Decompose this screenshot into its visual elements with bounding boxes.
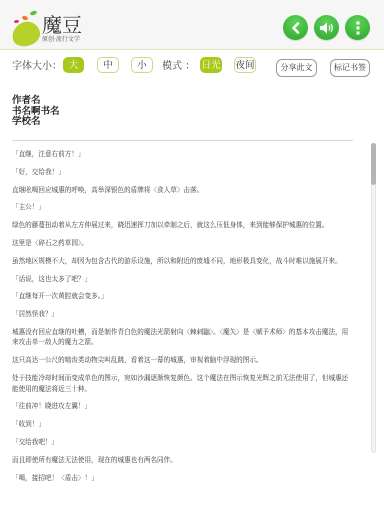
night-mode-button[interactable]: 夜间 (234, 57, 256, 73)
logo-title: 魔豆 (42, 15, 82, 35)
scrollbar-track[interactable] (371, 143, 376, 453)
paragraph: 这里是〈碎石之药草园〉。 (12, 238, 352, 249)
back-button[interactable] (283, 15, 308, 40)
logo-subtitle: 原创·流行文学 (42, 36, 80, 43)
chapter-text: 「直继，注意右前方！」 「好，交给我！」 直继吆喝回应城惠的呼唤，高举深银色的盾… (12, 149, 352, 490)
paragraph: 「交给我吧！」 (12, 437, 352, 448)
bookmark-button[interactable]: 标记书签 (330, 59, 370, 77)
more-vertical-icon (355, 21, 361, 35)
paragraph: 「喝，接招吧！〈盾击〉！」 (12, 473, 352, 484)
paragraph: 处于技能冷却时间而变成单色的图示，宛如沙漏逐渐恢复颜色。这个魔法在图示恢复光辉之… (12, 373, 352, 394)
modou-logo[interactable]: 魔豆 原创·流行文学 (10, 5, 90, 45)
more-button[interactable] (345, 15, 370, 40)
paragraph: 「收到！」 (12, 419, 352, 430)
author-name: 作者名 (12, 96, 60, 107)
book-meta: 作者名 书名啊书名 学校名 (12, 96, 60, 128)
school-name: 学校名 (12, 117, 60, 128)
paragraph: 绿色的藤蔓扭动着从左方伸展过来，晓迅速挥刀加以牵制之后，就这么压低身体，来到能够… (12, 220, 352, 231)
paragraph: 而且即使所有魔法无法使用，现在的城惠也有两名同伴。 (12, 455, 352, 466)
paragraph: 「直继，注意右前方！」 (12, 149, 352, 160)
scrollbar-thumb[interactable] (371, 143, 376, 185)
chevron-left-icon (290, 22, 302, 34)
sprout-leaf-icon (21, 15, 28, 21)
paragraph: 「好，交给我！」 (12, 167, 352, 178)
paragraph: 「主公！」 (12, 202, 352, 213)
paragraph: 「往前冲！晓进攻左翼！」 (12, 401, 352, 412)
reading-toolbar: 字体大小： 大 中 小 模式 ： 日光 夜间 分享此文 标记书签 (0, 55, 384, 81)
font-size-medium-button[interactable]: 中 (97, 57, 119, 73)
speaker-icon (319, 21, 335, 35)
share-article-button[interactable]: 分享此文 (276, 59, 317, 77)
paragraph: 「直继每开一次黄腔就会变多。」 (12, 291, 352, 302)
paragraph: 「居然怪我？」 (12, 309, 352, 320)
font-size-large-button[interactable]: 大 (63, 57, 84, 73)
bean-icon (9, 19, 42, 49)
font-size-small-button[interactable]: 小 (131, 57, 153, 73)
day-mode-button[interactable]: 日光 (200, 57, 222, 73)
paragraph: 这只高达一公尺的啮齿类动物尖叫乱跳，看着这一幕的城惠，审视着脑中浮现的图示。 (12, 355, 352, 366)
paragraph: 直继吆喝回应城惠的呼唤，高举深银色的盾牌将〈食人草〉击落。 (12, 185, 352, 196)
app-header: 魔豆 原创·流行文学 (0, 0, 384, 50)
font-size-label: 字体大小： (12, 61, 62, 73)
content-divider (12, 140, 353, 141)
paragraph: 「话说，这也太多了吧？」 (12, 274, 352, 285)
sprout-leaf-icon (30, 10, 38, 16)
paragraph: 城惠没有回应直继的吐槽，而是制作青白色的魔法光箭射向〈棘刺鼬〉。〈魔矢〉是〈赋予… (12, 327, 352, 348)
paragraph: 虽然地区规模不大，却因为包含古代的游乐设施，所以和附近的废墟不同，地形极具变化，… (12, 256, 352, 267)
sprout-leaf-icon (14, 20, 19, 24)
audio-button[interactable] (314, 15, 339, 40)
mode-label: 模式 ： (162, 61, 195, 73)
